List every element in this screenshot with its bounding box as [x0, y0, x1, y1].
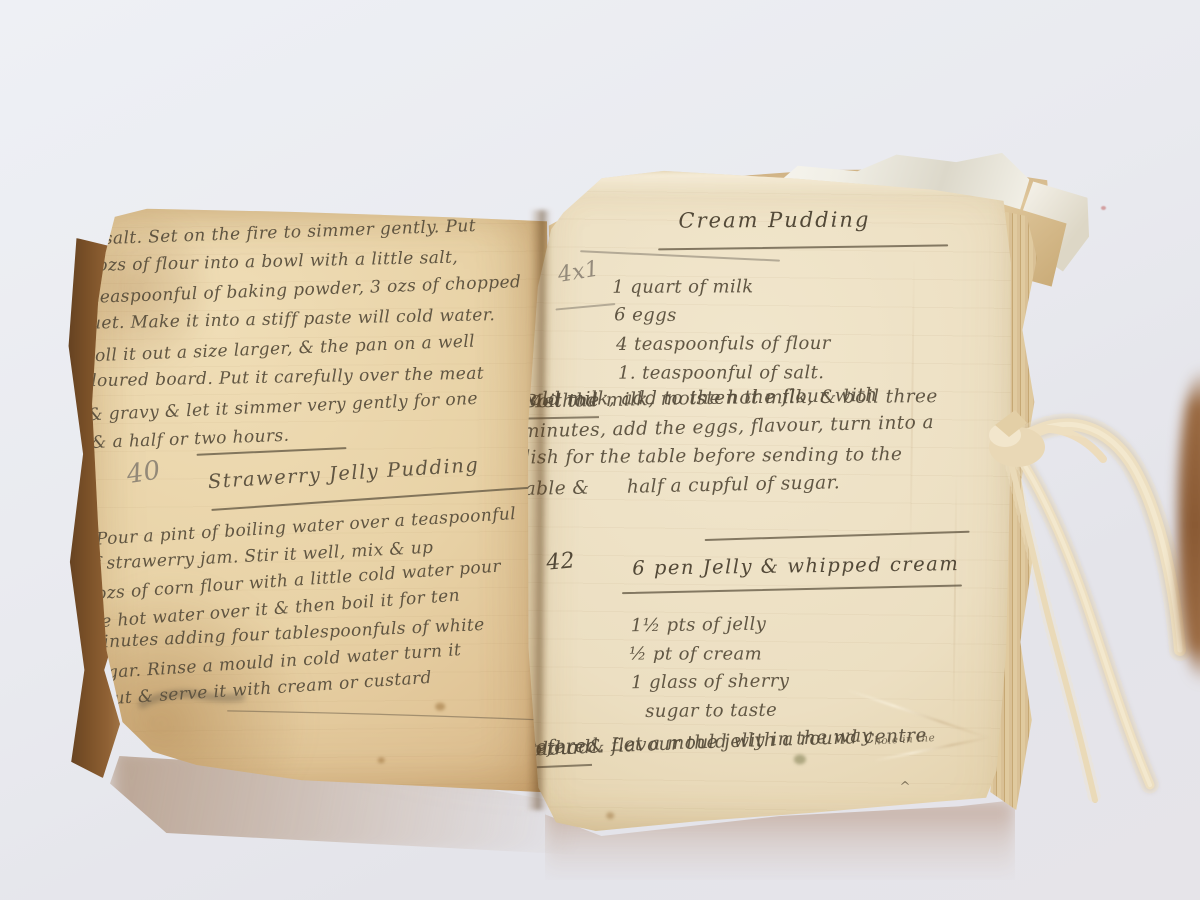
ink-spot	[794, 754, 806, 764]
recipe-title-cream-pudding: Cream Pudding	[678, 208, 870, 233]
ingredients-jelly-whipped-cream: 1½ pts of jelly ½ pt of cream 1 glass of…	[631, 611, 790, 726]
method-cream-pudding: MethodBoil the milk, moisten the flour w…	[523, 381, 938, 474]
insertion-caret: ^	[899, 780, 910, 795]
left-page: & salt. Set on the fire to simmer gently…	[72, 196, 553, 801]
fox-spot	[606, 812, 614, 819]
gutter-shadow	[526, 210, 552, 810]
right-page: Cream Pudding 4x1 1 quart of milk 6 eggs…	[511, 163, 1024, 849]
recipe-title-jelly-whipped-cream: 6 pen Jelly & whipped cream	[632, 552, 959, 580]
dust-speck	[1101, 206, 1106, 210]
frayed-ribbon-ties	[975, 355, 1200, 825]
smudged-scribble	[72, 196, 553, 801]
ingredients-cream-pudding: 1 quart of milk 6 eggs 4 teaspoonfuls of…	[612, 273, 831, 388]
photo-recipe-notebook: tt s & salt. Set on the fire to simmer g…	[0, 0, 1200, 900]
recipe-number-42: 42	[545, 548, 576, 576]
